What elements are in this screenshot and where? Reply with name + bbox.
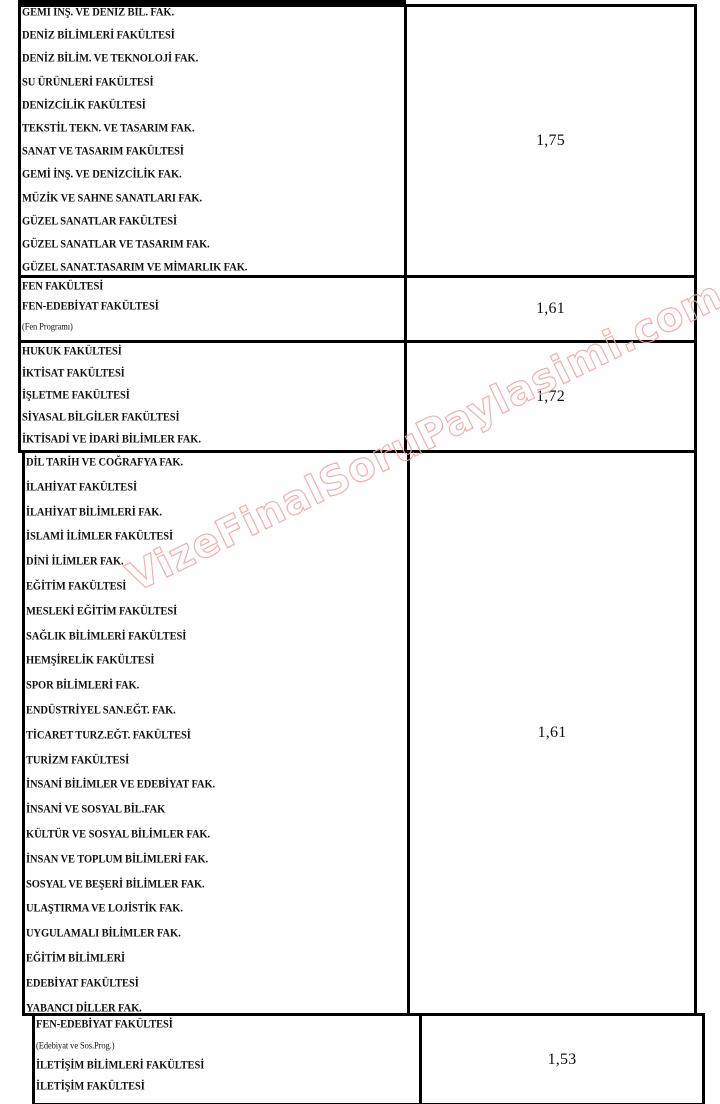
- faculty-name: DİL TARİH VE COĞRAFYA FAK.: [26, 457, 183, 469]
- faculty-name: HUKUK FAKÜLTESİ: [22, 346, 122, 358]
- faculty-name: SPOR BİLİMLERİ FAK.: [26, 680, 139, 692]
- faculty-name: ENDÜSTRİYEL SAN.EĞT. FAK.: [26, 705, 176, 717]
- faculty-name: FEN-EDEBİYAT FAKÜLTESİ: [22, 301, 159, 313]
- faculty-name: SOSYAL VE BEŞERİ BİLİMLER FAK.: [26, 879, 205, 891]
- coefficient-value: 1,75: [536, 132, 565, 150]
- faculty-name: İŞLETME FAKÜLTESİ: [22, 390, 130, 402]
- faculty-name: İNSANİ BİLİMLER VE EDEBİYAT FAK.: [26, 779, 215, 791]
- faculty-name: HEMŞİRELİK FAKÜLTESİ: [26, 655, 154, 667]
- coefficient-cell: 1,61: [404, 275, 697, 343]
- faculty-name: İKTİSADİ VE İDARİ BİLİMLER FAK.: [22, 434, 201, 446]
- faculty-name: (Edebiyat ve Sos.Prog.): [36, 1040, 114, 1051]
- faculty-name: KÜLTÜR VE SOSYAL BİLİMLER FAK.: [26, 829, 210, 841]
- faculty-name: EĞİTİM BİLİMLERİ: [26, 953, 125, 965]
- coefficient-cell: 1,61: [407, 450, 697, 1016]
- coefficient-value: 1,61: [536, 300, 565, 318]
- faculty-name: GÜZEL SANATLAR FAKÜLTESİ: [22, 216, 177, 228]
- faculty-name: FEN FAKÜLTESİ: [22, 281, 103, 293]
- faculty-name: FEN-EDEBİYAT FAKÜLTESİ: [36, 1019, 173, 1031]
- faculty-name: TİCARET TURZ.EĞT. FAKÜLTESİ: [26, 730, 191, 742]
- faculty-name: SU ÜRÜNLERİ FAKÜLTESİ: [22, 77, 154, 89]
- faculty-name: GEMİ İNŞ. VE DENİZCİLİK FAK.: [22, 169, 182, 181]
- coefficient-cell: 1,75: [404, 4, 697, 278]
- faculty-name: MÜZİK VE SAHNE SANATLARI FAK.: [22, 193, 202, 205]
- faculty-name: İLETİŞİM FAKÜLTESİ: [36, 1081, 145, 1093]
- faculty-name: (Fen Programı): [22, 321, 73, 332]
- faculty-name: EDEBİYAT FAKÜLTESİ: [26, 978, 139, 990]
- faculty-name: DENİZ BİLİMLERİ FAKÜLTESİ: [22, 30, 175, 42]
- faculty-name: GÜZEL SANATLAR VE TASARIM FAK.: [22, 239, 210, 251]
- coefficient-value: 1,61: [538, 724, 567, 742]
- faculty-name: İLETİŞİM BİLİMLERİ FAKÜLTESİ: [36, 1060, 204, 1072]
- coefficient-value: 1,53: [548, 1051, 577, 1069]
- coefficient-cell: 1,72: [404, 340, 697, 453]
- faculty-name: ULAŞTIRMA VE LOJİSTİK FAK.: [26, 903, 183, 915]
- coefficient-table: GEMİ İNŞ. VE DENİZ BİL. FAK.DENİZ BİLİML…: [0, 0, 720, 1104]
- faculty-name: MESLEKİ EĞİTİM FAKÜLTESİ: [26, 606, 177, 618]
- faculty-name: İNSANİ VE SOSYAL BİL.FAK: [26, 804, 165, 816]
- coefficient-cell: 1,53: [419, 1013, 705, 1104]
- faculty-name: SANAT VE TASARIM FAKÜLTESİ: [22, 146, 184, 158]
- faculty-name: İLAHİYAT BİLİMLERİ FAK.: [26, 507, 162, 519]
- faculty-name: İSLAMİ İLİMLER FAKÜLTESİ: [26, 531, 173, 543]
- faculty-name: UYGULAMALI BİLİMLER FAK.: [26, 928, 181, 940]
- faculty-name: GÜZEL SANAT.TASARIM VE MİMARLIK FAK.: [22, 262, 247, 274]
- faculty-name: DİNİ İLİMLER FAK.: [26, 556, 124, 568]
- faculty-name: İNSAN VE TOPLUM BİLİMLERİ FAK.: [26, 854, 208, 866]
- faculty-name: GEMİ İNŞ. VE DENİZ BİL. FAK.: [22, 7, 174, 19]
- faculty-name: TEKSTİL TEKN. VE TASARIM FAK.: [22, 123, 194, 135]
- faculty-name: İLAHİYAT FAKÜLTESİ: [26, 482, 137, 494]
- faculty-names-cell: [18, 4, 404, 278]
- faculty-name: EĞİTİM FAKÜLTESİ: [26, 581, 126, 593]
- faculty-name: İKTİSAT FAKÜLTESİ: [22, 368, 125, 380]
- coefficient-value: 1,72: [536, 388, 565, 406]
- faculty-name: SAĞLIK BİLİMLERİ FAKÜLTESİ: [26, 631, 186, 643]
- faculty-name: DENİZCİLİK FAKÜLTESİ: [22, 100, 146, 112]
- faculty-name: SİYASAL BİLGİLER FAKÜLTESİ: [22, 412, 180, 424]
- faculty-name: DENİZ BİLİM. VE TEKNOLOJİ FAK.: [22, 53, 198, 65]
- faculty-name: TURİZM FAKÜLTESİ: [26, 755, 129, 767]
